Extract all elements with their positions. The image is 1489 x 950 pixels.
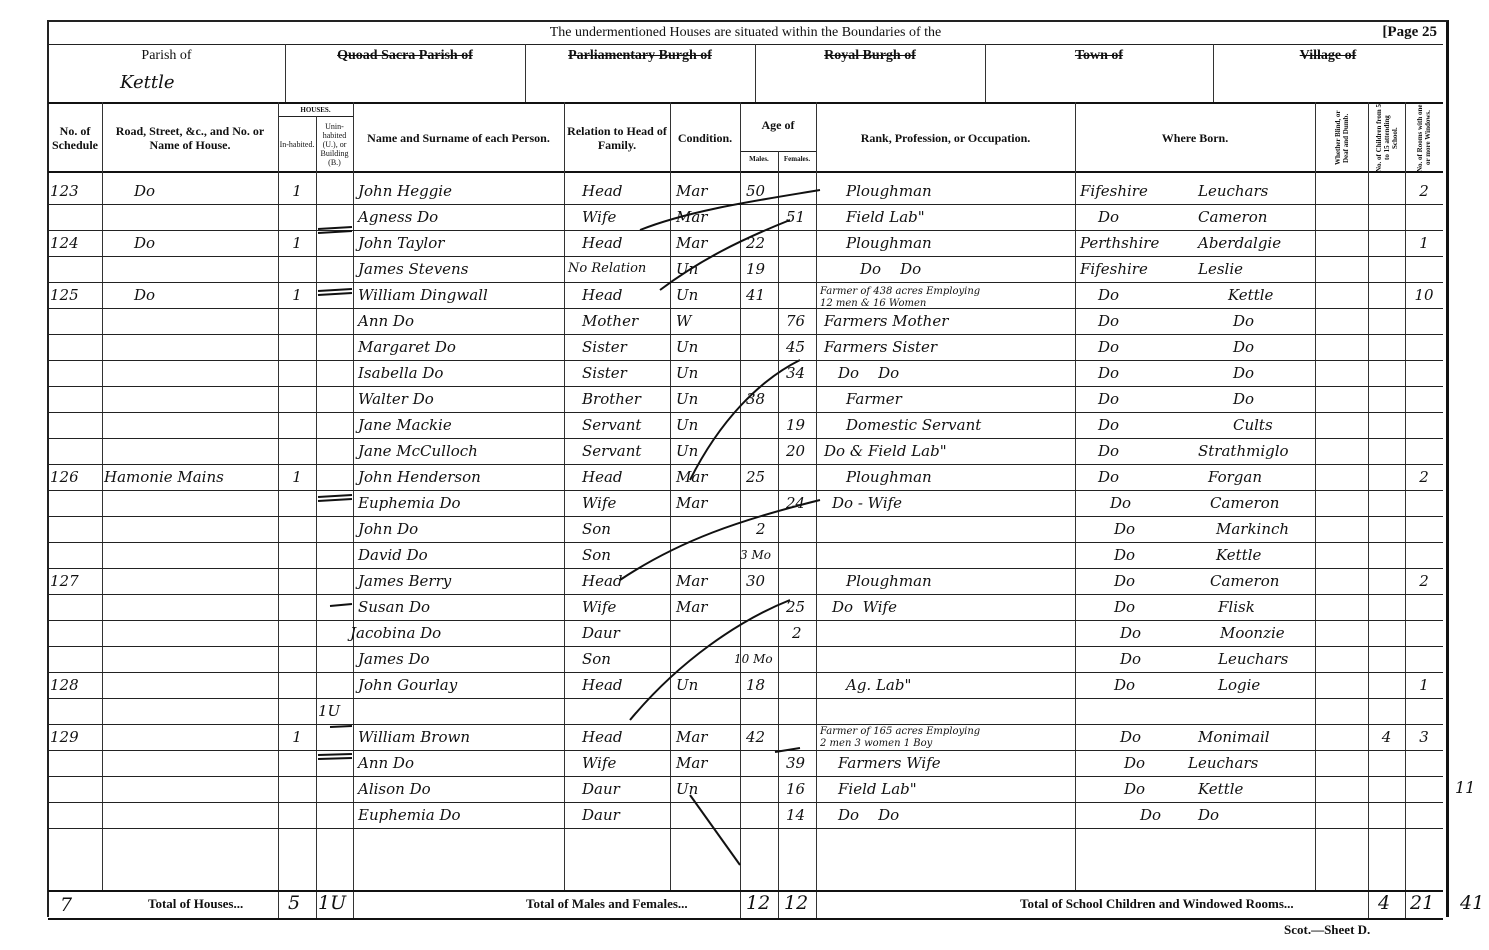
male-age-cell: 3 Mo — [740, 542, 771, 568]
area-royal-burgh: Royal Burgh of — [755, 44, 985, 102]
born-county-cell: Do — [1098, 308, 1119, 334]
condition-cell: Un — [676, 438, 698, 464]
row-rule — [48, 230, 1443, 231]
row-rule — [48, 438, 1443, 439]
condition-cell: Un — [676, 672, 698, 698]
col-schedule: No. of Schedule — [48, 104, 102, 172]
born-parish-cell: Cameron — [1210, 490, 1279, 516]
born-parish-cell: Logie — [1218, 672, 1260, 698]
male-age-cell: 41 — [746, 282, 765, 308]
male-age-cell: 19 — [746, 256, 765, 282]
condition-cell: Un — [676, 256, 698, 282]
col-houses: HOUSES. — [278, 106, 353, 114]
inhabited-cell: 1 — [278, 282, 316, 308]
col-born: Where Born. — [1075, 104, 1315, 172]
table-row: 129 1 William Brown Head Mar 42 Farmer o… — [48, 724, 1443, 750]
name-cell: John Taylor — [358, 230, 444, 256]
name-cell: John Do — [358, 516, 418, 542]
occupation-cell: Do Do — [838, 360, 899, 386]
total-persons-label: Total of Males and Females... — [526, 896, 688, 912]
relation-cell: Wife — [582, 750, 616, 776]
relation-cell: Servant — [582, 412, 641, 438]
born-parish-cell: Kettle — [1216, 542, 1261, 568]
margin-mark: 11 — [1455, 778, 1475, 797]
table-row: Jane McCulloch Servant Un 20 Do & Field … — [48, 438, 1443, 464]
born-parish-cell: Markinch — [1216, 516, 1289, 542]
name-cell: Ann Do — [358, 308, 414, 334]
sheet-label: Scot.—Sheet D. — [1284, 922, 1370, 938]
female-age-cell: 19 — [786, 412, 805, 438]
born-parish-cell: Do — [1233, 360, 1254, 386]
occupation-cell: Field Lab" — [838, 776, 917, 802]
condition-cell: Un — [676, 282, 698, 308]
col-blind: Whether Blind, or Deaf and Dumb. — [1315, 104, 1368, 172]
relation-cell: Son — [582, 646, 611, 672]
table-row: 123 Do 1 John Heggie Head Mar 50 Ploughm… — [48, 178, 1443, 204]
area-label: Parish of — [48, 48, 285, 64]
row-rule — [48, 750, 1443, 751]
schedule-cell: 129 — [50, 724, 79, 750]
name-cell: Walter Do — [358, 386, 434, 412]
occupation-cell: Ploughman — [846, 178, 932, 204]
born-county-cell: Fifeshire — [1080, 256, 1148, 282]
born-county-cell: Do — [1124, 776, 1145, 802]
total-houses-label: Total of Houses... — [148, 896, 243, 912]
condition-cell: Mar — [676, 204, 707, 230]
occupation-cell: Farmer — [846, 386, 902, 412]
row-rule — [48, 542, 1443, 543]
col-blind-label: Whether Blind, or Deaf and Dumb. — [1334, 104, 1350, 172]
col-males: Males. — [740, 155, 778, 163]
male-age-cell: 42 — [746, 724, 765, 750]
female-age-cell: 51 — [786, 204, 805, 230]
table-row: Walter Do Brother Un 38 Farmer Do Do — [48, 386, 1443, 412]
row-rule — [48, 334, 1443, 335]
table-row: Euphemia Do Daur 14 Do Do Do Do — [48, 802, 1443, 828]
area-village: Village of — [1213, 44, 1443, 102]
name-cell: Susan Do — [358, 594, 430, 620]
condition-cell: Mar — [676, 594, 707, 620]
female-age-cell: 34 — [786, 360, 805, 386]
female-age-cell: 20 — [786, 438, 805, 464]
table-row: 127 James Berry Head Mar 30 Ploughman Do… — [48, 568, 1443, 594]
name-cell: Euphemia Do — [358, 802, 461, 828]
name-cell: William Brown — [358, 724, 470, 750]
male-age-cell: 22 — [746, 230, 765, 256]
female-age-cell: 2 — [792, 620, 802, 646]
born-county-cell: Perthshire — [1080, 230, 1159, 256]
born-parish-cell: Cults — [1233, 412, 1273, 438]
census-page: The undermentioned Houses are situated w… — [0, 0, 1489, 950]
table-row: 126 Hamonie Mains 1 John Henderson Head … — [48, 464, 1443, 490]
relation-cell: Son — [582, 516, 611, 542]
born-parish-cell: Leuchars — [1188, 750, 1258, 776]
area-town: Town of — [985, 44, 1213, 102]
born-parish-cell: Kettle — [1228, 282, 1273, 308]
name-cell: James Stevens — [358, 256, 468, 282]
row-rule — [48, 594, 1443, 595]
condition-cell: Un — [676, 334, 698, 360]
name-cell: Euphemia Do — [358, 490, 461, 516]
row-rule — [48, 308, 1443, 309]
relation-cell: Son — [582, 542, 611, 568]
table-row: James Stevens No Relation Un 19 Do Do Fi… — [48, 256, 1443, 282]
total-females: 12 — [784, 892, 808, 914]
bottom-rule — [48, 918, 1443, 920]
table-row: Margaret Do Sister Un 45 Farmers Sister … — [48, 334, 1443, 360]
condition-cell: Mar — [676, 230, 707, 256]
relation-cell: Servant — [582, 438, 641, 464]
row-rule — [48, 516, 1443, 517]
rooms-cell: 1 — [1405, 672, 1443, 698]
born-county-cell: Do — [1110, 490, 1131, 516]
born-county-cell: Do — [1120, 646, 1141, 672]
area-label: Royal Burgh of — [755, 48, 985, 64]
total-uninhabited: 1U — [318, 892, 346, 914]
col-condition: Condition. — [670, 104, 740, 172]
relation-cell: Head — [582, 230, 623, 256]
road-cell: Hamonie Mains — [104, 464, 224, 490]
relation-cell: Sister — [582, 360, 627, 386]
area-parish: Parish of Kettle — [48, 44, 285, 102]
schedule-cell: 127 — [50, 568, 79, 594]
born-county-cell: Do — [1098, 386, 1119, 412]
table-row: Jacobina Do Daur 2 Do Moonzie — [48, 620, 1443, 646]
name-cell: Jacobina Do — [350, 620, 441, 646]
row-rule — [48, 386, 1443, 387]
table-row: 128 John Gourlay Head Un 18 Ag. Lab" Do … — [48, 672, 1443, 698]
name-cell: James Do — [358, 646, 430, 672]
female-age-cell: 39 — [786, 750, 805, 776]
area-label: Quoad Sacra Parish of — [285, 48, 525, 64]
born-county-cell: Do — [1114, 542, 1135, 568]
relation-cell: Wife — [582, 204, 616, 230]
parish-value: Kettle — [120, 72, 175, 93]
schedule-cell: 123 — [50, 178, 102, 204]
row-rule — [48, 724, 1443, 725]
condition-cell: Mar — [676, 568, 707, 594]
road-cell: Do — [134, 230, 155, 256]
table-row: 124 Do 1 John Taylor Head Mar 22 Ploughm… — [48, 230, 1443, 256]
condition-cell: Un — [676, 776, 698, 802]
table-row: James Do Son 10 Mo Do Leuchars — [48, 646, 1443, 672]
condition-cell: Un — [676, 412, 698, 438]
row-rule — [48, 282, 1443, 283]
schedule-cell: 126 — [50, 464, 79, 490]
table-row: Isabella Do Sister Un 34 Do Do Do Do — [48, 360, 1443, 386]
condition-cell: Un — [676, 386, 698, 412]
relation-cell: Head — [582, 672, 623, 698]
col-relation: Relation to Head of Family. — [564, 104, 670, 172]
name-cell: Agness Do — [358, 204, 438, 230]
row-rule — [48, 360, 1443, 361]
col-females: Females. — [778, 155, 816, 163]
name-cell: William Dingwall — [358, 282, 488, 308]
occupation-cell: Field Lab" — [846, 204, 925, 230]
relation-cell: Head — [582, 568, 623, 594]
total-margin-note: 41 — [1460, 892, 1484, 914]
schedule-cell: 125 — [50, 282, 79, 308]
occupation-cell: Do Wife — [832, 594, 897, 620]
rooms-cell: 2 — [1405, 464, 1443, 490]
col-uninhabited: Unin-habited (U.), or Building (B.) — [316, 116, 353, 172]
born-county-cell: Do — [1114, 568, 1135, 594]
area-label: Town of — [985, 48, 1213, 64]
relation-cell: Daur — [582, 620, 620, 646]
col-inhabited: In-habited. — [278, 116, 316, 172]
row-rule — [48, 620, 1443, 621]
born-county-cell: Do — [1114, 594, 1135, 620]
inhabited-cell: 1 — [278, 178, 316, 204]
row-rule — [48, 412, 1443, 413]
born-parish-cell: Aberdalgie — [1198, 230, 1281, 256]
col-children: No. of Children from 5 to 15 attending S… — [1368, 104, 1405, 172]
born-county-cell: Do — [1098, 204, 1119, 230]
born-parish-cell: Flisk — [1218, 594, 1255, 620]
relation-cell: Wife — [582, 490, 616, 516]
relation-cell: Sister — [582, 334, 627, 360]
relation-cell: Brother — [582, 386, 641, 412]
name-cell: Isabella Do — [358, 360, 443, 386]
born-parish-cell: Kettle — [1198, 776, 1243, 802]
table-row: Ann Do Wife Mar 39 Farmers Wife Do Leuch… — [48, 750, 1443, 776]
condition-cell: W — [676, 308, 691, 334]
schedule-cell: 128 — [50, 672, 79, 698]
rooms-cell: 2 — [1405, 568, 1443, 594]
born-parish-cell: Leslie — [1198, 256, 1243, 282]
row-rule — [48, 490, 1443, 491]
table-row: 1U — [48, 698, 1443, 724]
occupation-cell: Do Do — [860, 256, 921, 282]
male-age-cell: 38 — [746, 386, 765, 412]
row-rule — [48, 776, 1443, 777]
born-parish-cell: Monimail — [1198, 724, 1270, 750]
born-county-cell: Fifeshire — [1080, 178, 1148, 204]
children-cell: 4 — [1368, 724, 1405, 750]
row-rule — [48, 698, 1443, 699]
occupation-cell: Do - Wife — [832, 490, 902, 516]
condition-cell: Mar — [676, 724, 707, 750]
area-label: Parliamentary Burgh of — [525, 48, 755, 64]
born-parish-cell: Do — [1233, 386, 1254, 412]
born-parish-cell: Strathmiglo — [1198, 438, 1289, 464]
totals-row: 7 Total of Houses... 5 1U Total of Males… — [48, 892, 1443, 918]
table-row: Euphemia Do Wife Mar 24 Do - Wife Do Cam… — [48, 490, 1443, 516]
born-parish-cell: Do — [1198, 802, 1219, 828]
born-parish-cell: Do — [1233, 308, 1254, 334]
name-cell: Jane McCulloch — [358, 438, 478, 464]
occupation-cell: Farmers Mother — [824, 308, 948, 334]
relation-cell: Daur — [582, 802, 620, 828]
table-row: Agness Do Wife Mar 51 Field Lab" Do Came… — [48, 204, 1443, 230]
born-county-cell: Do — [1098, 412, 1119, 438]
female-age-cell: 25 — [786, 594, 805, 620]
male-age-cell: 25 — [746, 464, 765, 490]
col-rooms: No. of Rooms with one or more Windows. — [1405, 104, 1443, 172]
uninhabited-cell: 1U — [318, 698, 340, 724]
total-rooms: 21 — [1410, 892, 1434, 914]
born-county-cell: Do — [1114, 516, 1135, 542]
table-row: Susan Do Wife Mar 25 Do Wife Do Flisk — [48, 594, 1443, 620]
male-age-cell: 10 Mo — [734, 646, 773, 672]
inhabited-cell: 1 — [278, 724, 316, 750]
road-cell: Do — [134, 178, 155, 204]
name-cell: John Heggie — [358, 178, 452, 204]
col-rooms-label: No. of Rooms with one or more Windows. — [1416, 104, 1432, 172]
occupation-cell: Domestic Servant — [846, 412, 981, 438]
condition-cell: Mar — [676, 464, 707, 490]
relation-cell: No Relation — [568, 256, 646, 282]
road-cell: Do — [134, 282, 155, 308]
male-age-cell: 18 — [746, 672, 765, 698]
occupation-cell: Ploughman — [846, 230, 932, 256]
table-row: Alison Do Daur Un 16 Field Lab" Do Kettl… — [48, 776, 1443, 802]
male-age-cell: 30 — [746, 568, 765, 594]
relation-cell: Wife — [582, 594, 616, 620]
born-county-cell: Do — [1098, 360, 1119, 386]
occupation-cell: Farmers Wife — [838, 750, 941, 776]
female-age-cell: 24 — [786, 490, 805, 516]
born-county-cell: Do — [1114, 672, 1135, 698]
area-quoad-sacra: Quoad Sacra Parish of — [285, 44, 525, 102]
total-inhabited: 5 — [288, 892, 300, 914]
born-county-cell: Do — [1140, 802, 1161, 828]
total-school-label: Total of School Children and Windowed Ro… — [1020, 896, 1294, 912]
row-rule — [48, 464, 1443, 465]
relation-cell: Mother — [582, 308, 638, 334]
born-parish-cell: Leuchars — [1218, 646, 1288, 672]
occupation-cell: Do Do — [838, 802, 899, 828]
female-age-cell: 14 — [786, 802, 805, 828]
born-county-cell: Do — [1120, 724, 1141, 750]
name-cell: John Gourlay — [358, 672, 457, 698]
born-parish-cell: Leuchars — [1198, 178, 1268, 204]
col-road: Road, Street, &c., and No. or Name of Ho… — [102, 104, 278, 172]
born-parish-cell: Cameron — [1210, 568, 1279, 594]
col-name: Name and Surname of each Person. — [353, 104, 564, 172]
male-age-cell: 2 — [756, 516, 766, 542]
born-parish-cell: Forgan — [1208, 464, 1262, 490]
relation-cell: Head — [582, 724, 623, 750]
inhabited-cell: 1 — [278, 230, 316, 256]
relation-cell: Daur — [582, 776, 620, 802]
total-schedules: 7 — [60, 894, 72, 916]
condition-cell: Un — [676, 360, 698, 386]
condition-cell: Mar — [676, 490, 707, 516]
col-children-label: No. of Children from 5 to 15 attending S… — [1375, 104, 1399, 172]
page-number: [Page 25 — [1382, 24, 1437, 41]
name-cell: James Berry — [358, 568, 451, 594]
relation-cell: Head — [582, 464, 623, 490]
col-age: Age of — [740, 118, 816, 133]
rooms-cell: 10 — [1405, 282, 1443, 308]
name-cell: Ann Do — [358, 750, 414, 776]
table-row: David Do Son 3 Mo Do Kettle — [48, 542, 1443, 568]
page-title: The undermentioned Houses are situated w… — [48, 22, 1443, 44]
occupation-cell: Ag. Lab" — [846, 672, 911, 698]
row-rule — [48, 672, 1443, 673]
row-rule — [48, 568, 1443, 569]
row-rule — [48, 204, 1443, 205]
row-rule — [48, 646, 1443, 647]
table-row: John Do Son 2 Do Markinch — [48, 516, 1443, 542]
condition-cell: Mar — [676, 750, 707, 776]
born-county-cell: Do — [1124, 750, 1145, 776]
born-parish-cell: Moonzie — [1220, 620, 1285, 646]
female-age-cell: 16 — [786, 776, 805, 802]
female-age-cell: 45 — [786, 334, 805, 360]
col-occupation: Rank, Profession, or Occupation. — [816, 104, 1075, 172]
relation-cell: Head — [582, 282, 623, 308]
table-row: 125 Do 1 William Dingwall Head Un 41 Far… — [48, 282, 1443, 308]
female-age-cell: 76 — [786, 308, 805, 334]
name-cell: John Henderson — [358, 464, 481, 490]
occupation-cell: Do & Field Lab" — [824, 438, 947, 464]
name-cell: Alison Do — [358, 776, 431, 802]
row-rule — [48, 256, 1443, 257]
row-rule — [48, 802, 1443, 803]
table-row: Jane Mackie Servant Un 19 Domestic Serva… — [48, 412, 1443, 438]
born-parish-cell: Cameron — [1198, 204, 1267, 230]
total-males: 12 — [746, 892, 770, 914]
condition-cell: Mar — [676, 178, 707, 204]
born-county-cell: Do — [1098, 282, 1119, 308]
rooms-cell: 2 — [1405, 178, 1443, 204]
born-county-cell: Do — [1098, 464, 1119, 490]
table-row: Ann Do Mother W 76 Farmers Mother Do Do — [48, 308, 1443, 334]
row-rule — [48, 828, 1443, 829]
total-children: 4 — [1378, 892, 1390, 914]
born-county-cell: Do — [1098, 334, 1119, 360]
occupation-cell: Ploughman — [846, 464, 932, 490]
occupation-cell: Ploughman — [846, 568, 932, 594]
area-label: Village of — [1213, 48, 1443, 64]
name-cell: David Do — [358, 542, 428, 568]
name-cell: Margaret Do — [358, 334, 456, 360]
inhabited-cell: 1 — [278, 464, 316, 490]
rooms-cell: 3 — [1405, 724, 1443, 750]
rooms-cell: 1 — [1405, 230, 1443, 256]
male-age-cell: 50 — [746, 178, 765, 204]
name-cell: Jane Mackie — [358, 412, 452, 438]
relation-cell: Head — [582, 178, 623, 204]
occupation-cell: Farmers Sister — [824, 334, 937, 360]
born-county-cell: Do — [1120, 620, 1141, 646]
born-parish-cell: Do — [1233, 334, 1254, 360]
born-county-cell: Do — [1098, 438, 1119, 464]
area-parliamentary-burgh: Parliamentary Burgh of — [525, 44, 755, 102]
schedule-cell: 124 — [50, 230, 79, 256]
